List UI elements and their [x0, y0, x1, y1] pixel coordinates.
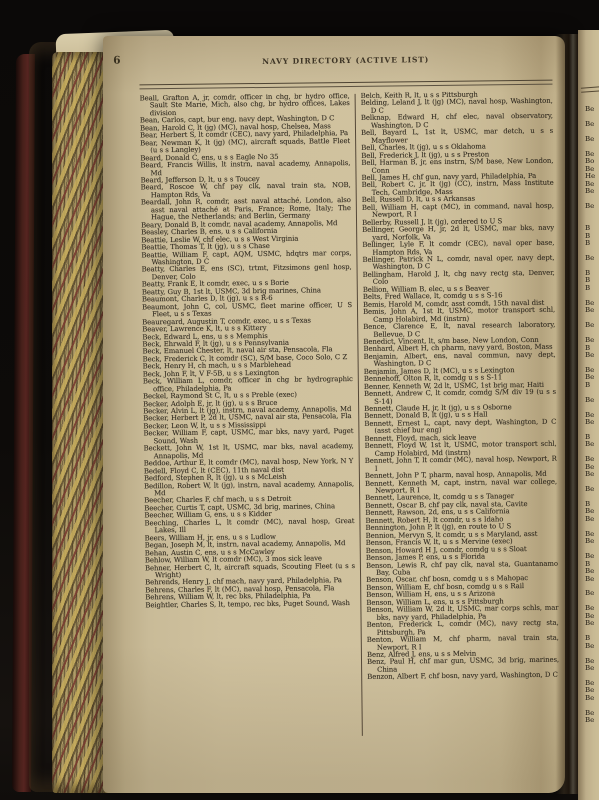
facing-page-rule	[581, 86, 599, 92]
facing-page-edge: Be Be Be Be Bo Be He Be Be Be B B B Be B…	[578, 30, 599, 800]
page-number: 6	[113, 55, 120, 67]
facing-page-text: Be Be Be Be Bo Be He Be Be Be B B B Be B…	[585, 106, 599, 725]
right-column: Belch, Keith R, lt, u s s PittsburghBeld…	[361, 91, 560, 743]
directory-page: 6 NAVY DIRECTORY (ACTIVE LIST) Beall, Gr…	[103, 36, 565, 793]
left-column: Beall, Grafton A, jr, comdr, officer in …	[140, 93, 357, 745]
page-title: NAVY DIRECTORY (ACTIVE LIST)	[139, 54, 552, 68]
directory-columns: Beall, Grafton A, jr, comdr, officer in …	[140, 91, 560, 746]
book-photo: 6 NAVY DIRECTORY (ACTIVE LIST) Beall, Gr…	[0, 0, 599, 800]
header-rule	[139, 80, 552, 90]
directory-entry: Benzon, Albert F, chf bosn, navy yard, W…	[367, 672, 559, 682]
page-sheet: 6 NAVY DIRECTORY (ACTIVE LIST) Beall, Gr…	[139, 46, 560, 746]
directory-entry: Beightler, Charles S, lt, tempo, rec bks…	[145, 600, 355, 610]
page-header: 6 NAVY DIRECTORY (ACTIVE LIST)	[139, 46, 552, 81]
